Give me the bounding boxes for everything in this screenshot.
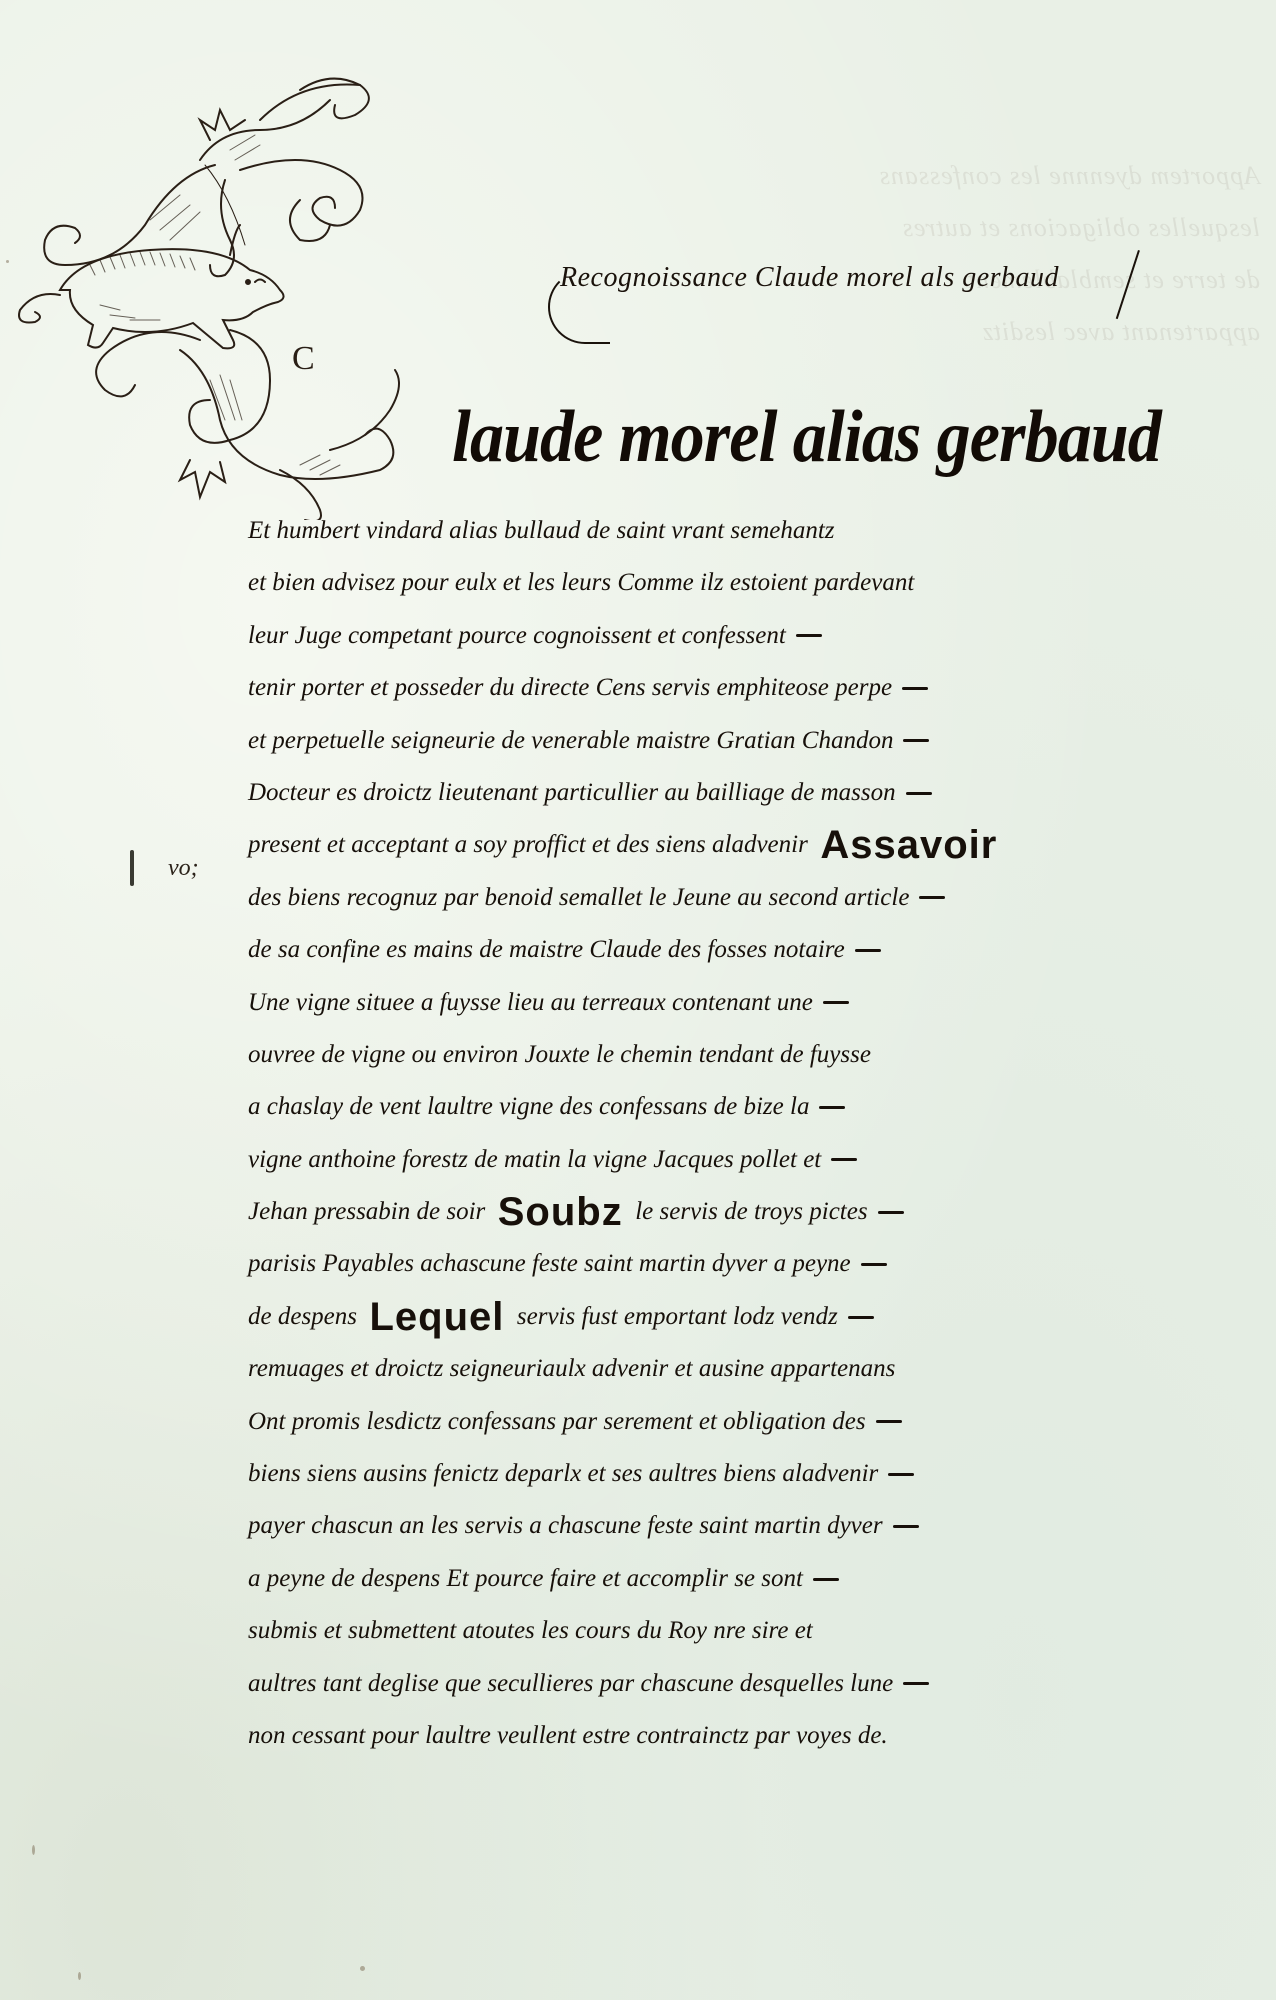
text-line: Docteur es droictz lieutenant particulli… [248, 767, 1168, 819]
text-line: de despens Lequel servis fust emportant … [248, 1291, 1168, 1343]
text-line: vigne anthoine forestz de matin la vigne… [248, 1134, 1168, 1186]
text-line: remuages et droictz seigneuriaulx adveni… [248, 1343, 1168, 1395]
line-filler-mark [819, 1106, 845, 1109]
text-line: biens siens ausins fenictz deparlx et se… [248, 1448, 1168, 1500]
line-filler-mark [796, 634, 822, 637]
body-text: Et humbert vindard alias bullaud de sain… [248, 505, 1168, 1762]
text-line: parisis Payables achascune feste saint m… [248, 1238, 1168, 1290]
line-filler-mark [906, 792, 932, 795]
line-filler-mark [893, 1525, 919, 1528]
boar-foliage-icon [0, 50, 440, 520]
document-heading: Recognoissance Claude morel als gerbaud [560, 262, 1059, 294]
text-line: leur Juge competant pource cognoissent e… [248, 610, 1168, 662]
margin-mark [130, 850, 134, 886]
emphasized-word: Assavoir [820, 819, 997, 871]
paper-speck [6, 260, 9, 263]
decorated-initial-ornament: C [0, 50, 440, 520]
text-line: et perpetuelle seigneurie de venerable m… [248, 715, 1168, 767]
paper-speck [360, 1966, 365, 1971]
line-filler-mark [855, 949, 881, 952]
line-filler-mark [823, 1001, 849, 1004]
text-line: non cessant pour laultre veullent estre … [248, 1710, 1168, 1762]
text-line: et bien advisez pour eulx et les leurs C… [248, 557, 1168, 609]
manuscript-page: Apportem dyennne les confessans lesquell… [0, 0, 1276, 2000]
text-line: Et humbert vindard alias bullaud de sain… [248, 505, 1168, 557]
text-line: ouvree de vigne ou environ Jouxte le che… [248, 1029, 1168, 1081]
bleed-through-text: Apportem dyennne les confessans lesquell… [860, 150, 1260, 358]
line-filler-mark [861, 1263, 887, 1266]
line-filler-mark [831, 1158, 857, 1161]
text-line: submis et submettent atoutes les cours d… [248, 1605, 1168, 1657]
line-filler-mark [878, 1211, 904, 1214]
text-line: a peyne de despens Et pource faire et ac… [248, 1553, 1168, 1605]
line-filler-mark [902, 687, 928, 690]
initial-letter: C [292, 340, 315, 378]
text-line: aultres tant deglise que secullieres par… [248, 1658, 1168, 1710]
text-line: a chaslay de vent laultre vigne des conf… [248, 1081, 1168, 1133]
text-line: Jehan pressabin de soir Soubz le servis … [248, 1186, 1168, 1238]
paper-speck [32, 1845, 35, 1855]
paper-speck [78, 1972, 81, 1980]
line-filler-mark [903, 739, 929, 742]
text-line: de sa confine es mains de maistre Claude… [248, 924, 1168, 976]
text-line: tenir porter et posseder du directe Cens… [248, 662, 1168, 714]
text-line: payer chascun an les servis a chascune f… [248, 1500, 1168, 1552]
text-line: Ont promis lesdictz confessans par serem… [248, 1396, 1168, 1448]
line-filler-mark [903, 1682, 929, 1685]
margin-note: vo; [168, 855, 199, 882]
line-filler-mark [813, 1578, 839, 1581]
text-line: des biens recognuz par benoid semallet l… [248, 872, 1168, 924]
line-filler-mark [848, 1316, 874, 1319]
text-line: Une vigne situee a fuysse lieu au terrea… [248, 977, 1168, 1029]
line-filler-mark [876, 1420, 902, 1423]
line-filler-mark [919, 896, 945, 899]
emphasized-word: Lequel [370, 1291, 505, 1343]
text-line: present et acceptant a soy proffict et d… [248, 819, 1168, 871]
document-title: laude morel alias gerbaud [452, 395, 1161, 480]
line-filler-mark [888, 1473, 914, 1476]
emphasized-word: Soubz [498, 1186, 623, 1238]
